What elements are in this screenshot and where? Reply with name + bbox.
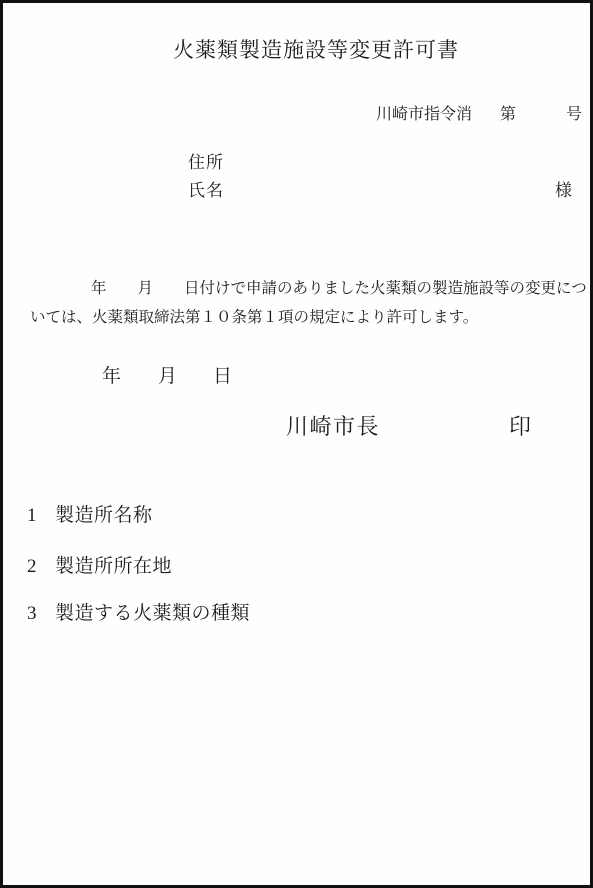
body-line-1: 年 月 日付けで申請のありました火薬類の製造施設等の変更につ: [91, 281, 587, 297]
seal-mark: 印: [509, 416, 533, 438]
document-number-go: 号: [566, 107, 582, 123]
document-title: 火薬類製造施設等変更許可書: [173, 40, 459, 61]
body-line-2: いては、火薬類取締法第１０条第１項の規定により許可します。: [30, 310, 478, 326]
name-label: 氏名: [188, 182, 224, 199]
date-year-label: 年: [102, 367, 121, 386]
mayor-signature: 川崎市長: [286, 416, 380, 438]
list-item-3: 3 製造する火薬類の種類: [3, 604, 590, 628]
item-number: 1: [27, 506, 37, 525]
document-number-line: 川崎市指令消 第 号: [3, 107, 590, 131]
list-item-2: 2 製造所所在地: [3, 557, 590, 581]
permit-document-page: 火薬類製造施設等変更許可書 川崎市指令消 第 号 住所 氏名 様 年 月 日付け…: [0, 0, 593, 888]
honorific-sama: 様: [555, 182, 573, 199]
item-label: 製造する火薬類の種類: [55, 604, 250, 623]
date-month-label: 月: [158, 367, 177, 386]
item-label: 製造所名称: [55, 506, 153, 525]
item-number: 2: [27, 557, 37, 576]
document-number-dai: 第: [500, 107, 516, 123]
name-line: 氏名 様: [3, 182, 590, 206]
document-number-agency: 川崎市指令消: [376, 107, 472, 123]
list-item-1: 1 製造所名称: [3, 506, 590, 530]
item-label: 製造所所在地: [55, 557, 172, 576]
item-number: 3: [27, 604, 37, 623]
date-day-label: 日: [213, 367, 232, 386]
issue-date-line: 年 月 日: [3, 367, 590, 391]
signature-line: 川崎市長 印: [3, 416, 590, 440]
address-label: 住所: [188, 154, 224, 171]
